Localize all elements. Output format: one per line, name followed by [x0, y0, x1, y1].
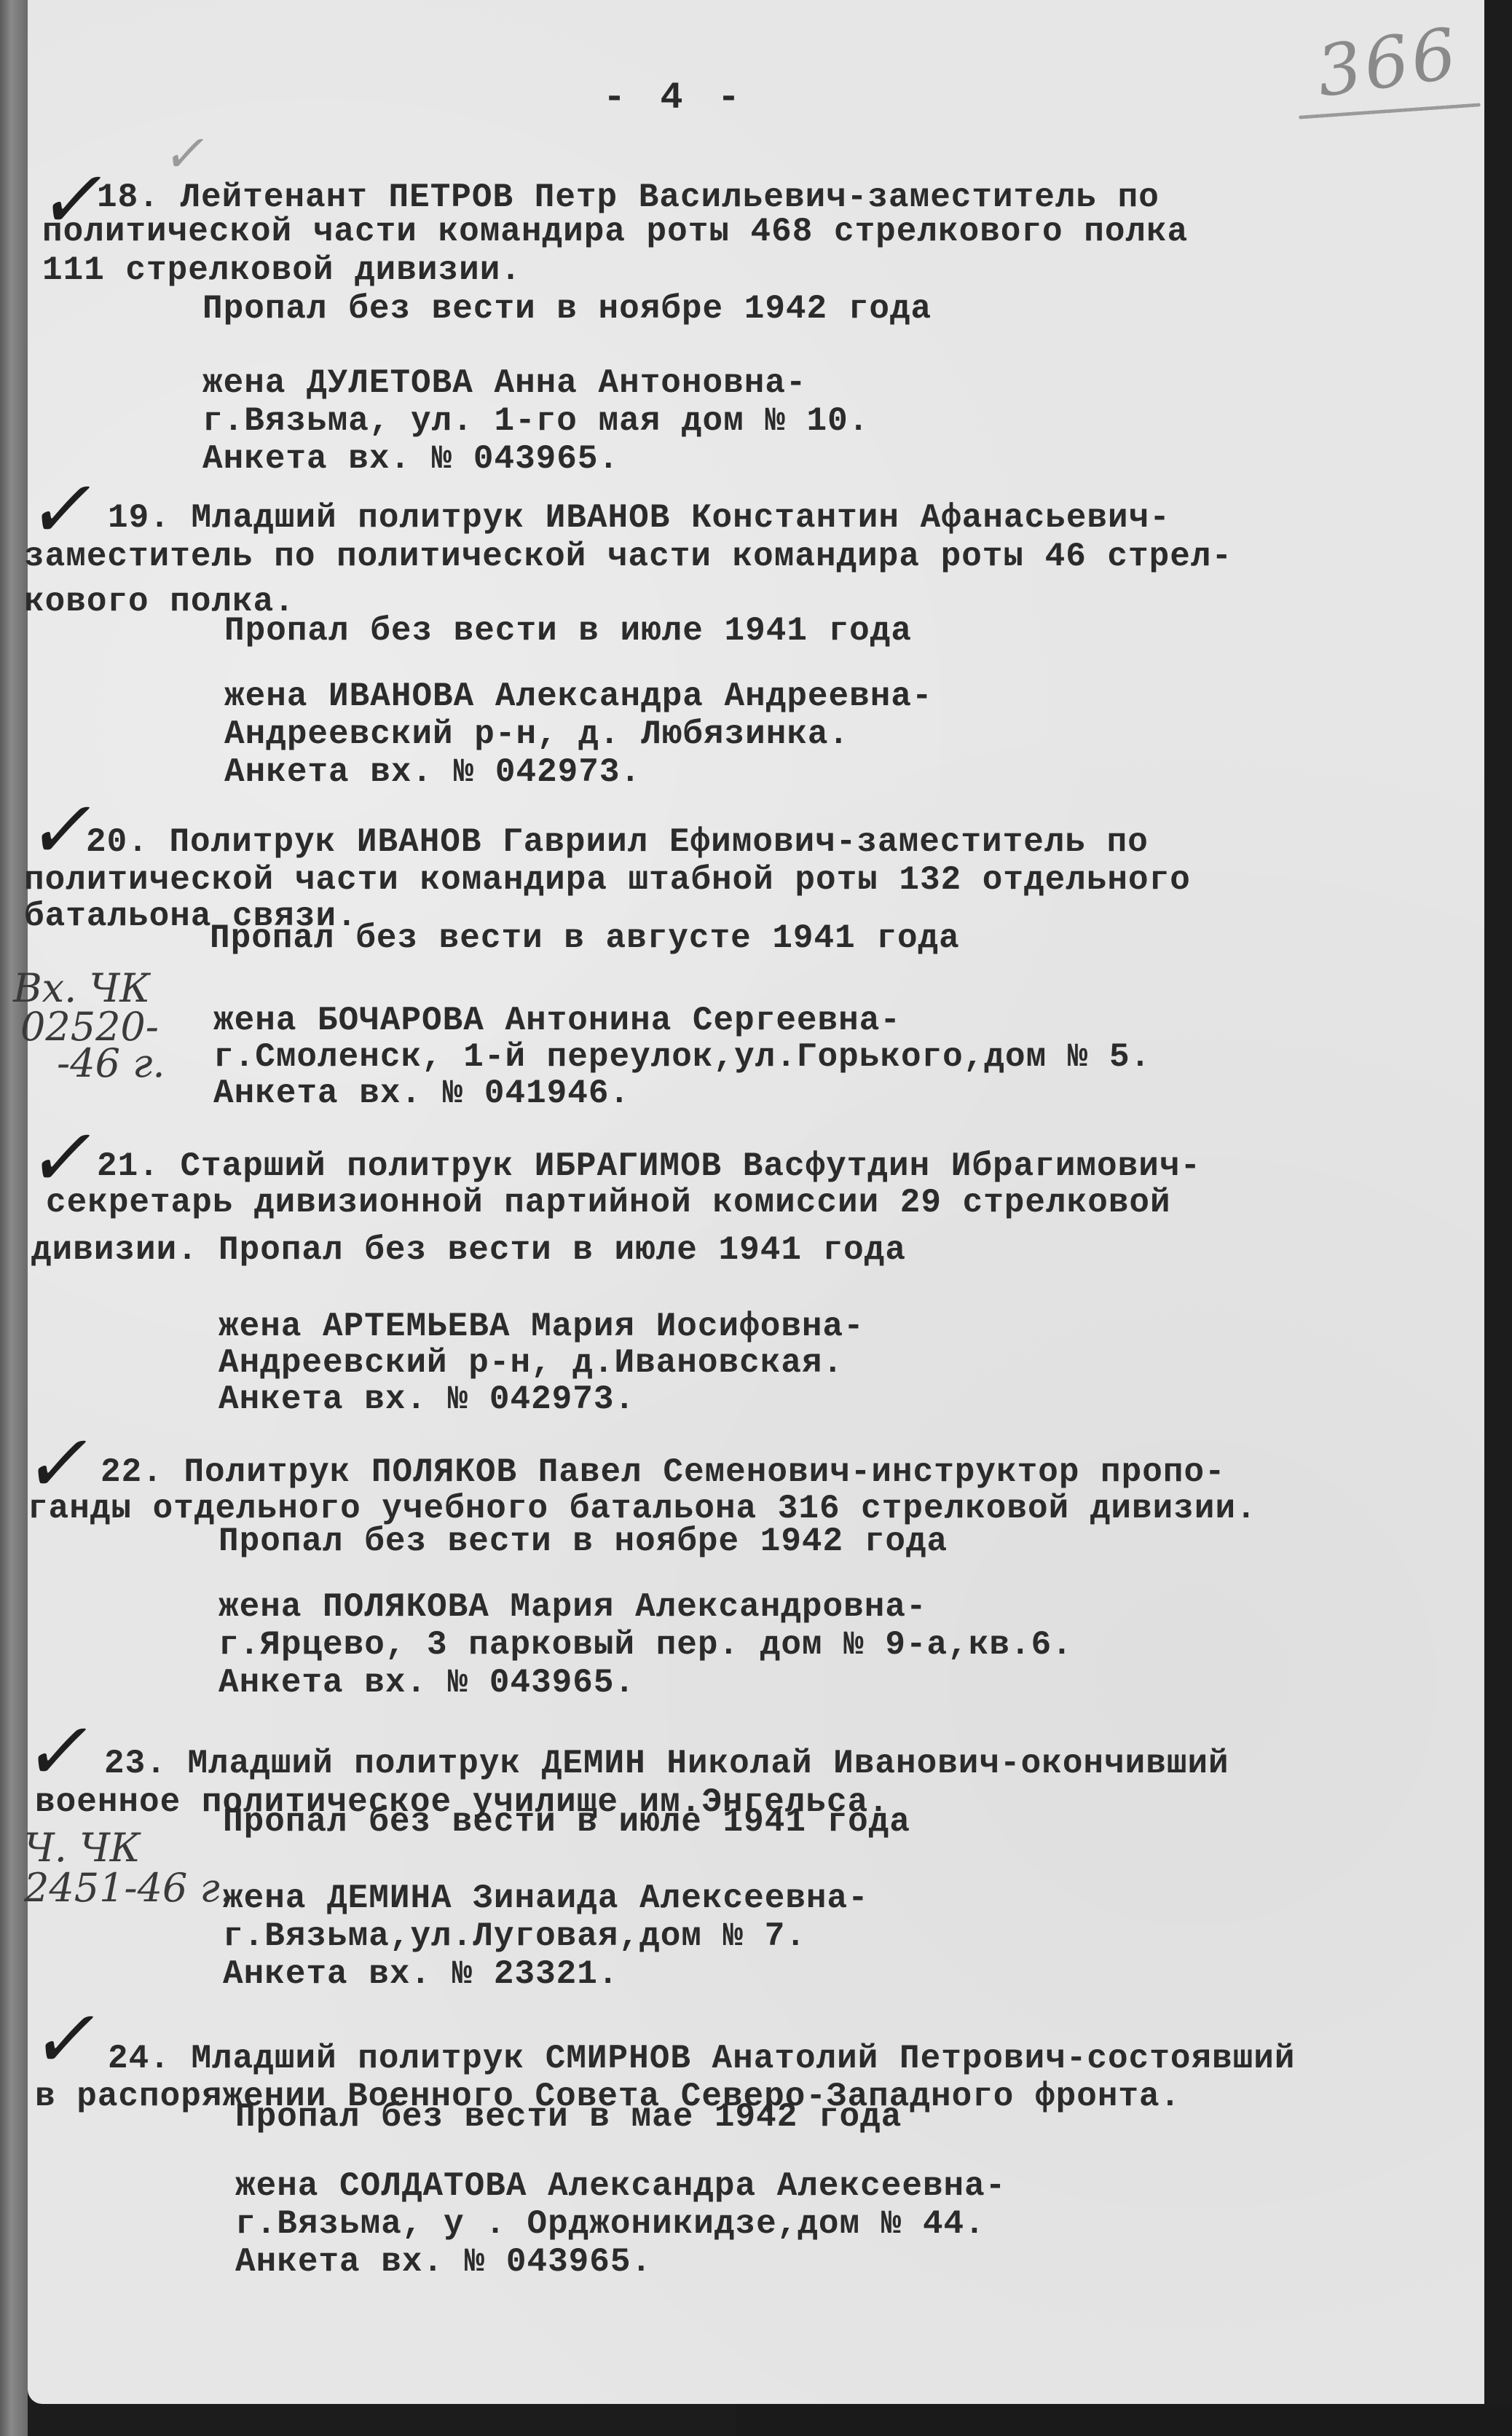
questionnaire-number: Анкета вх. № 042973.: [218, 1380, 635, 1418]
scan-background-corner: [736, 2404, 1512, 2436]
entry-number: 20.: [86, 823, 149, 861]
scan-binding-edge: [0, 0, 28, 2436]
faint-check-mark-icon: ✓: [160, 124, 215, 184]
relative-address: г.Вязьма, ул. 1-го мая дом № 10.: [202, 402, 869, 440]
entry-line: дивизии.: [31, 1231, 198, 1269]
entry-line: Политрук ПОЛЯКОВ Павел Семенович-инструк…: [184, 1453, 1225, 1491]
check-mark-icon: ✓: [25, 1992, 111, 2086]
questionnaire-number: Анкета вх. № 23321.: [223, 1955, 619, 1993]
relative-name: жена ПОЛЯКОВА Мария Александровна-: [218, 1588, 927, 1626]
margin-note: 2451-46 г.: [24, 1865, 232, 1911]
entry-line: Лейтенант ПЕТРОВ Петр Васильевич-замести…: [180, 178, 1159, 216]
document-page: - 4 - 366 ✓ ✓ 18. Лейтенант ПЕТРОВ Петр …: [28, 0, 1484, 2404]
missing-status: Пропал без вести в мае 1942 года: [235, 2098, 902, 2136]
relative-address: Андреевский р-н, д. Любязинка.: [224, 715, 849, 753]
relative-address: г.Ярцево, 3 парковый пер. дом № 9-а,кв.6…: [218, 1626, 1073, 1664]
missing-status: Пропал без вести в ноябре 1942 года: [202, 290, 932, 328]
entry-line: заместитель по политической части команд…: [24, 538, 1232, 575]
relative-name: жена ДЕМИНА Зинаида Алексеевна-: [223, 1879, 869, 1917]
entry-line: Политрук ИВАНОВ Гавриил Ефимович-замести…: [169, 823, 1148, 861]
missing-status: Пропал без вести в августе 1941 года: [210, 919, 960, 957]
entry-line: 111 стрелковой дивизии.: [42, 251, 521, 289]
handwritten-folio-number: 366: [1312, 12, 1464, 113]
entry-number: 22.: [101, 1453, 163, 1491]
entry-number: 19.: [108, 499, 170, 537]
missing-status: Пропал без вести в июле 1941 года: [218, 1231, 906, 1269]
entry-number: 21.: [97, 1147, 160, 1185]
entry-line: политической части командира роты 468 ст…: [42, 213, 1188, 251]
relative-name: жена СОЛДАТОВА Александра Алексеевна-: [235, 2167, 1006, 2205]
missing-status: Пропал без вести в ноябре 1942 года: [218, 1522, 948, 1560]
questionnaire-number: Анкета вх. № 043965.: [202, 440, 619, 478]
missing-status: Пропал без вести в июле 1941 года: [223, 1803, 910, 1841]
questionnaire-number: Анкета вх. № 041946.: [213, 1074, 630, 1112]
relative-address: г.Вязьма,ул.Луговая,дом № 7.: [223, 1917, 806, 1955]
entry-line: Младший политрук ИВАНОВ Константин Афана…: [191, 499, 1170, 537]
relative-address: г.Смоленск, 1-й переулок,ул.Горького,дом…: [213, 1038, 1151, 1076]
entry-line: Младший политрук ДЕМИН Николай Иванович-…: [187, 1745, 1229, 1783]
entry-number: 23.: [104, 1745, 167, 1783]
relative-name: жена ДУЛЕТОВА Анна Антоновна-: [202, 364, 807, 402]
entry-number: 18.: [97, 178, 160, 216]
relative-name: жена ИВАНОВА Александра Андреевна-: [224, 677, 933, 715]
margin-note: Ч. ЧК: [24, 1825, 141, 1871]
questionnaire-number: Анкета вх. № 042973.: [224, 753, 641, 791]
relative-address: г.Вязьма, у . Орджоникидзе,дом № 44.: [235, 2205, 985, 2243]
entry-line: секретарь дивизионной партийной комиссии…: [46, 1184, 1171, 1222]
entry-line: Старший политрук ИБРАГИМОВ Васфутдин Ибр…: [180, 1147, 1201, 1185]
page-number: - 4 -: [603, 76, 746, 119]
questionnaire-number: Анкета вх. № 043965.: [218, 1664, 635, 1702]
questionnaire-number: Анкета вх. № 043965.: [235, 2243, 652, 2281]
margin-note: -46 г.: [57, 1040, 165, 1086]
entry-line: политической части командира штабной рот…: [24, 861, 1191, 899]
relative-name: жена БОЧАРОВА Антонина Сергеевна-: [213, 1002, 901, 1040]
relative-address: Андреевский р-н, д.Ивановская.: [218, 1344, 843, 1382]
entry-line: Младший политрук СМИРНОВ Анатолий Петров…: [191, 2040, 1295, 2078]
missing-status: Пропал без вести в июле 1941 года: [224, 612, 912, 650]
entry-number: 24.: [108, 2040, 170, 2078]
relative-name: жена АРТЕМЬЕВА Мария Иосифовна-: [218, 1308, 865, 1345]
